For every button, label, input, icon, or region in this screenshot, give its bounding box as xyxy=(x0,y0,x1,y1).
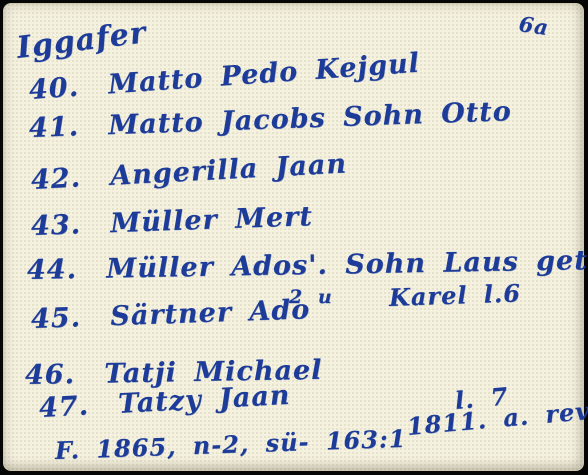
archive-reference: F. 1865, n-2, sü- 163:1 xyxy=(54,424,406,465)
corner-page-mark: 6a xyxy=(517,11,550,40)
entry-number: 46. xyxy=(25,359,76,391)
entry-number: 40. xyxy=(28,72,80,106)
entry-row-43: 43. Müller Mert xyxy=(30,201,313,242)
entry-number: 42. xyxy=(30,162,82,196)
entry-row-42: 42. Angerilla Jaan xyxy=(30,148,348,196)
entry-number: 41. xyxy=(28,111,79,144)
entry-number: 44. xyxy=(27,254,78,286)
entry-number: 45. xyxy=(30,302,81,335)
scanned-card-frame: 6a Iggafer 40. Matto Pedo Kejgul 41. Mat… xyxy=(0,0,588,475)
entry-text: Matto Pedo Kejgul xyxy=(107,48,421,101)
entry-number: 43. xyxy=(30,209,81,242)
entry-number: 47. xyxy=(38,390,90,424)
entry-44-continuation: Karel l.6 xyxy=(388,278,521,312)
entry-row-41: 41. Matto Jacobs Sohn Otto xyxy=(28,96,512,144)
index-card: 6a Iggafer 40. Matto Pedo Kejgul 41. Mat… xyxy=(3,3,584,471)
entry-text: Särtner Ado xyxy=(110,294,311,332)
card-title-place-name: Iggafer xyxy=(15,15,149,66)
entry-row-45: 45. Särtner Ado xyxy=(30,294,310,335)
entry-text: Angerilla Jaan xyxy=(109,148,347,191)
entry-text: Müller Mert xyxy=(110,201,314,239)
entry-text: Matto Jacobs Sohn Otto xyxy=(108,96,512,141)
